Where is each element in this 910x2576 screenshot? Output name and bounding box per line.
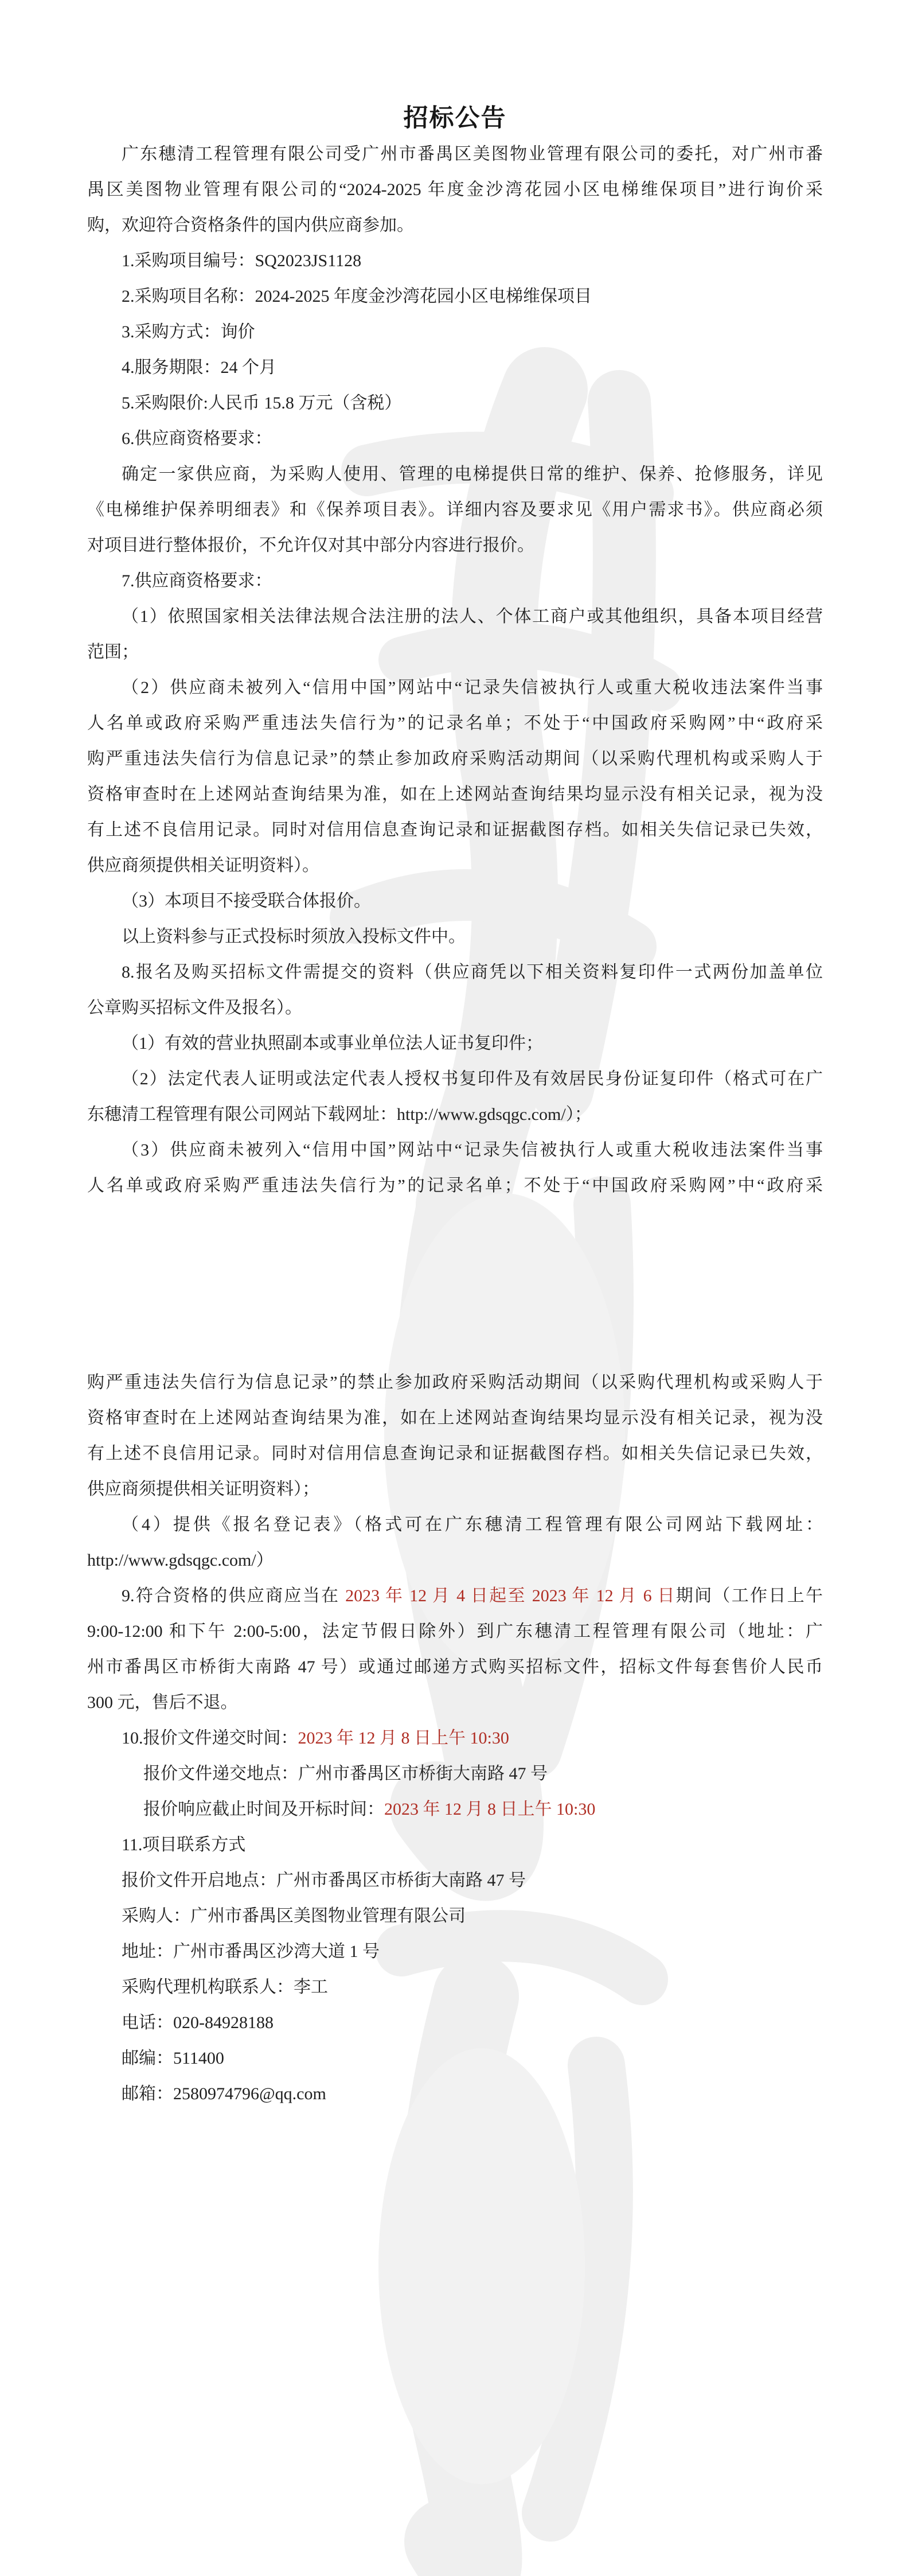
response-deadline: 报价响应截止时间及开标时间：2023 年 12 月 8 日上午 10:30 [87, 1792, 823, 1827]
item-7-sub-2-line-2: 人名单或政府采购严重违法失信行为”的记录名单；不处于“中国政府采购网”中“政府采 [87, 706, 823, 741]
intro-line-2: 禺区美图物业管理有限公司的“2024-2025 年度金沙湾花园小区电梯维保项目”… [87, 172, 823, 208]
document-content: 招标公告 广东穗清工程管理有限公司受广州市番禺区美图物业管理有限公司的委托，对广… [87, 101, 823, 2112]
item-8-heading-line-1: 8.报名及购买招标文件需提交的资料（供应商凭以下相关资料复印件一式两份加盖单位 [87, 955, 823, 990]
item-6-detail-line-1: 确定一家供应商，为采购人使用、管理的电梯提供日常的维护、保养、抢修服务，详见 [87, 457, 823, 492]
buyer-name: 采购人：广州市番禺区美图物业管理有限公司 [87, 1898, 823, 1934]
item-7-sub-1-line-2: 范围； [87, 635, 823, 670]
page-break-gap [87, 1204, 823, 1365]
deadline-datetime-text: 2023 年 12 月 8 日上午 10:30 [384, 1800, 595, 1819]
submission-location: 报价文件递交地点：广州市番禺区市桥街大南路 47 号 [87, 1756, 823, 1792]
item-6-detail-line-2: 《电梯维护保养明细表》和《保养项目表》。详细内容及要求见《用户需求书》。供应商必… [87, 492, 823, 528]
item-8-sub-4-line-2-url: http://www.gdsqgc.com/） [87, 1543, 823, 1578]
item-9-line-4: 300 元，售后不退。 [87, 1685, 823, 1721]
item-11-contact-heading: 11.项目联系方式 [87, 1827, 823, 1863]
opening-location: 报价文件开启地点：广州市番禺区市桥街大南路 47 号 [87, 1863, 823, 1898]
item-5-price-limit: 5.采购限价:人民币 15.8 万元（含税） [87, 386, 823, 421]
item-8-sub-2-line-2: 东穗清工程管理有限公司网站下载网址：http://www.gdsqgc.com/… [87, 1097, 823, 1133]
item-7-note: 以上资料参与正式投标时须放入投标文件中。 [87, 919, 823, 955]
item-8-sub-3-line-6: 供应商须提供相关证明资料）； [87, 1472, 823, 1507]
item-7-sub-1-line-1: （1）依照国家相关法律法规合法注册的法人、个体工商户或其他组织，具备本项目经营 [87, 599, 823, 635]
item-7-sub-3: （3）本项目不接受联合体报价。 [87, 884, 823, 919]
item-10-submission-time: 10.报价文件递交时间：2023 年 12 月 8 日上午 10:30 [87, 1721, 823, 1756]
item-8-sub-3-line-5: 有上述不良信用记录。同时对信用信息查询记录和证据截图存档。如相关失信记录已失效， [87, 1436, 823, 1472]
item-7-sub-2-line-4: 资格审查时在上述网站查询结果为准，如在上述网站查询结果均显示没有相关记录，视为没 [87, 777, 823, 812]
doc-title: 招标公告 [87, 101, 823, 137]
intro-line-3: 购，欢迎符合资格条件的国内供应商参加。 [87, 208, 823, 243]
item-3-procurement-method: 3.采购方式：询价 [87, 314, 823, 350]
item-6-detail-line-3: 对项目进行整体报价，不允许仅对其中部分内容进行报价。 [87, 528, 823, 563]
item-8-sub-3-line-2: 人名单或政府采购严重违法失信行为”的记录名单；不处于“中国政府采购网”中“政府采 [87, 1168, 823, 1204]
item-9-line-2: 9:00-12:00 和下午 2:00-5:00，法定节假日除外）到广东穗清工程… [87, 1614, 823, 1649]
item-7-sub-2-line-1: （2）供应商未被列入“信用中国”网站中“记录失信被执行人或重大税收违法案件当事 [87, 670, 823, 706]
item-9-line-1: 9.符合资格的供应商应当在 2023 年 12 月 4 日起至 2023 年 1… [87, 1578, 823, 1614]
intro-line-1: 广东穗清工程管理有限公司受广州市番禺区美图物业管理有限公司的委托，对广州市番 [87, 137, 823, 172]
agent-contact-person: 采购代理机构联系人：李工 [87, 1970, 823, 2005]
item-10-label-text: 10.报价文件递交时间： [122, 1729, 298, 1748]
item-10-datetime-text: 2023 年 12 月 8 日上午 10:30 [298, 1729, 509, 1748]
item-7-sub-2-line-6: 供应商须提供相关证明资料）。 [87, 848, 823, 884]
postal-code: 邮编：511400 [87, 2041, 823, 2076]
item-1-project-number: 1.采购项目编号：SQ2023JS1128 [87, 243, 823, 279]
document-page: 招标公告 广东穗清工程管理有限公司受广州市番禺区美图物业管理有限公司的委托，对广… [0, 0, 910, 2576]
buyer-address: 地址：广州市番禺区沙湾大道 1 号 [87, 1934, 823, 1970]
item-8-sub-3-line-1: （3）供应商未被列入“信用中国”网站中“记录失信被执行人或重大税收违法案件当事 [87, 1133, 823, 1168]
item-8-sub-3-line-3: 购严重违法失信行为信息记录”的禁止参加政府采购活动期间（以采购代理机构或采购人于 [87, 1365, 823, 1400]
item-9-suffix-text: 期间（工作日上午 [676, 1586, 823, 1605]
item-6-supplier-requirements-heading: 6.供应商资格要求： [87, 421, 823, 457]
item-2-project-name: 2.采购项目名称：2024-2025 年度金沙湾花园小区电梯维保项目 [87, 279, 823, 314]
item-7-sub-2-line-5: 有上述不良信用记录。同时对信用信息查询记录和证据截图存档。如相关失信记录已失效， [87, 812, 823, 848]
item-9-line-3: 州市番禺区市桥街大南路 47 号）或通过邮递方式购买招标文件，招标文件每套售价人… [87, 1649, 823, 1685]
item-8-sub-3-line-4: 资格审查时在上述网站查询结果为准，如在上述网站查询结果均显示没有相关记录，视为没 [87, 1400, 823, 1436]
item-8-heading-line-2: 公章购买招标文件及报名）。 [87, 990, 823, 1026]
contact-email: 邮箱：2580974796@qq.com [87, 2076, 823, 2112]
item-7-supplier-requirements-heading: 7.供应商资格要求： [87, 563, 823, 599]
item-8-sub-4-line-1: （4）提供《报名登记表》（格式可在广东穗清工程管理有限公司网站下载网址： [87, 1507, 823, 1543]
item-7-sub-2-line-3: 购严重违法失信行为信息记录”的禁止参加政府采购活动期间（以采购代理机构或采购人于 [87, 741, 823, 777]
contact-phone: 电话：020-84928188 [87, 2005, 823, 2041]
item-8-sub-2-line-1: （2）法定代表人证明或法定代表人授权书复印件及有效居民身份证复印件（格式可在广 [87, 1061, 823, 1097]
deadline-label-text: 报价响应截止时间及开标时间： [143, 1800, 384, 1819]
item-9-prefix-text: 9.符合资格的供应商应当在 [122, 1586, 345, 1605]
item-4-service-period: 4.服务期限：24 个月 [87, 350, 823, 386]
item-8-sub-1: （1）有效的营业执照副本或事业单位法人证书复印件； [87, 1026, 823, 1061]
item-9-sale-dates-text: 2023 年 12 月 4 日起至 2023 年 12 月 6 日 [345, 1586, 676, 1605]
